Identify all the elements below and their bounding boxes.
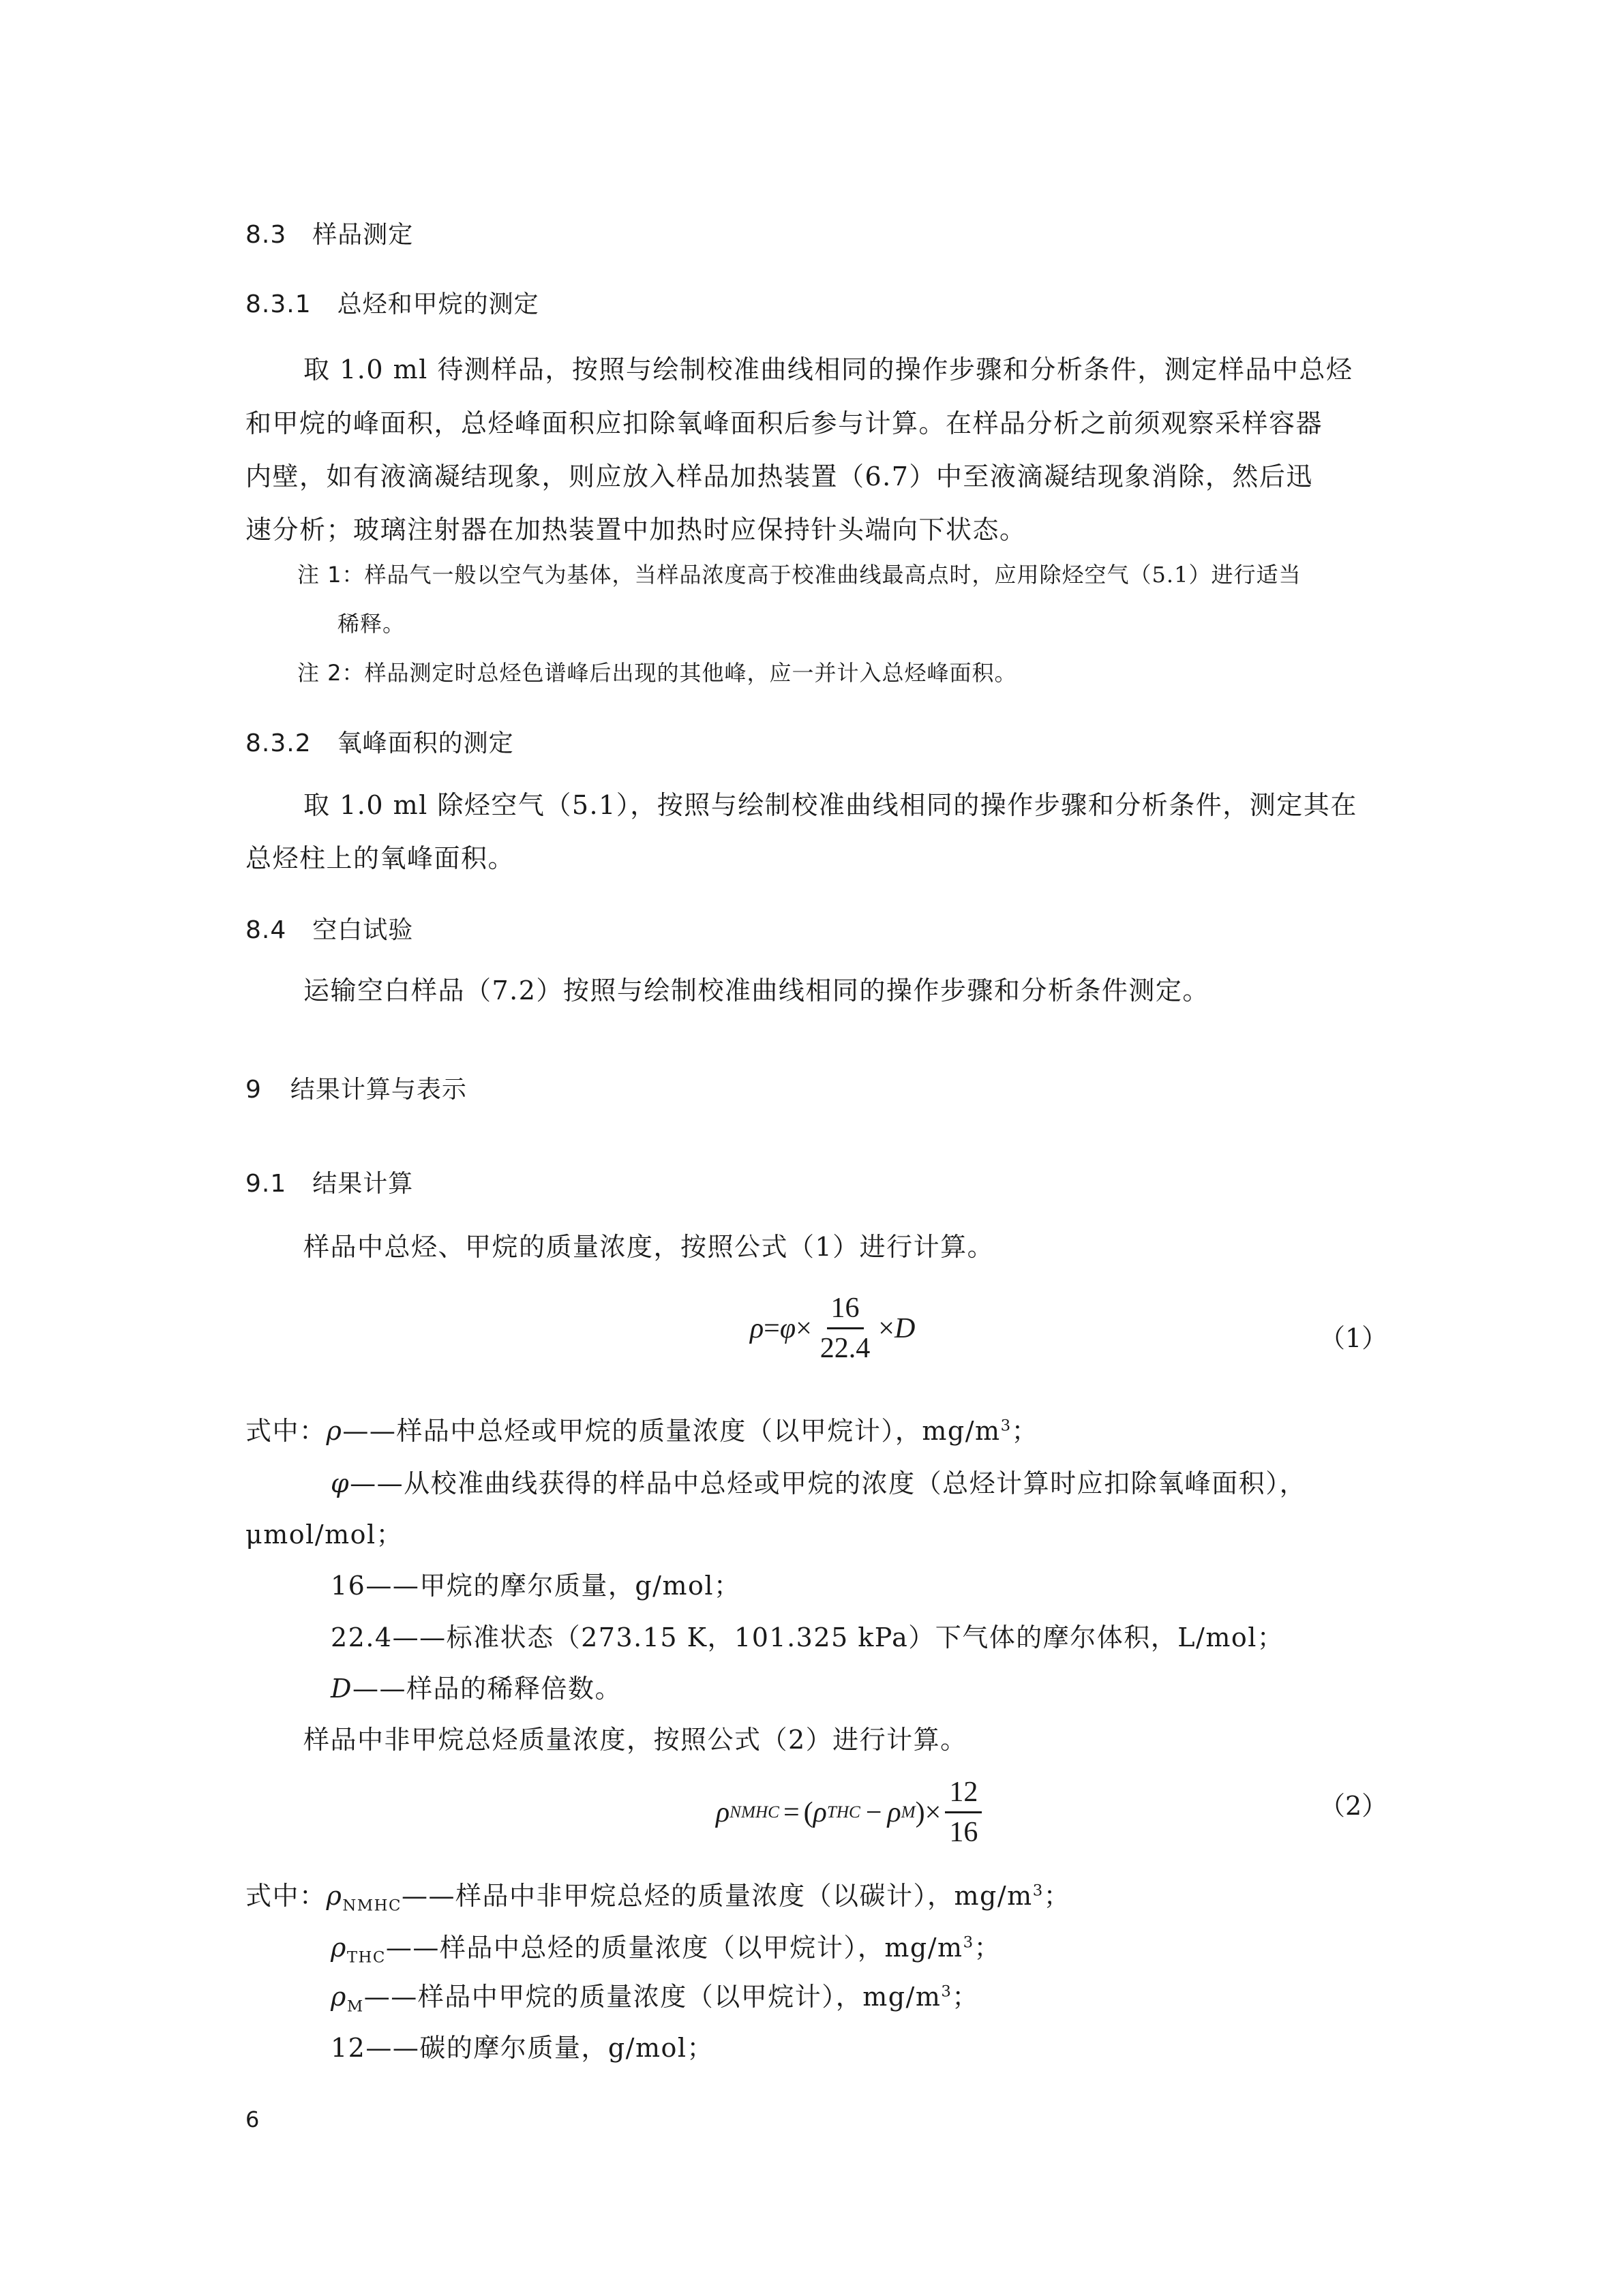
- rho-symbol: ρ: [331, 1982, 347, 2012]
- superscript: 3: [1001, 1417, 1012, 1434]
- rho-symbol: ρ: [716, 1796, 730, 1829]
- definition-text: ——从校准曲线获得的样品中总烃或甲烷的浓度（总烃计算时应扣除氧峰面积），: [350, 1468, 1306, 1498]
- paragraph-line: 样品中总烃、甲烷的质量浓度，按照公式（1）进行计算。: [303, 1234, 994, 1260]
- heading-title: 总烃和甲烷的测定: [337, 290, 539, 318]
- note-text: 样品测定时总烃色谱峰后出现的其他峰，应一并计入总烃峰面积。: [365, 660, 1017, 686]
- definition-rho-m: ρM——样品中甲烷的质量浓度（以甲烷计），mg/m3；: [331, 1984, 979, 2014]
- punct: ；: [1012, 1416, 1039, 1446]
- equation-number-2: （2）: [1319, 1785, 1387, 1822]
- equation-2: ρNMHC = (ρTHC − ρM) × 12 16: [716, 1776, 986, 1849]
- subscript: THC: [347, 1949, 386, 1967]
- subscript-m: M: [901, 1803, 916, 1822]
- denominator: 22.4: [816, 1329, 875, 1365]
- fraction: 12 16: [945, 1776, 982, 1849]
- heading-number: 8.4: [245, 916, 286, 944]
- rho-symbol: ρ: [750, 1312, 764, 1345]
- times: ×: [878, 1312, 894, 1345]
- heading-8-3-2: 8.3.2氧峰面积的测定: [245, 724, 514, 759]
- heading-title: 空白试验: [312, 916, 413, 944]
- numerator: 16: [827, 1292, 864, 1329]
- paragraph-line: 速分析；玻璃注射器在加热装置中加热时应保持针头端向下状态。: [245, 517, 1027, 543]
- paragraph-line: 和甲烷的峰面积，总烃峰面积应扣除氧峰面积后参与计算。在样品分析之前须观察采样容器: [245, 410, 1323, 436]
- times: ×: [925, 1796, 942, 1829]
- note-1-continuation: 稀释。: [337, 607, 405, 638]
- heading-8-4: 8.4空白试验: [245, 911, 413, 946]
- rho-symbol: ρ: [327, 1881, 343, 1911]
- heading-9: 9结果计算与表示: [245, 1070, 467, 1105]
- rho-symbol: ρ: [331, 1933, 347, 1963]
- definition-rho-thc: ρTHC——样品中总烃的质量浓度（以甲烷计），mg/m3；: [331, 1935, 1001, 1965]
- definition-rho-nmhc: 式中：ρNMHC——样品中非甲烷总烃的质量浓度（以碳计），mg/m3；: [245, 1883, 1070, 1914]
- definition-text: ——样品中总烃的质量浓度（以甲烷计），mg/m: [386, 1933, 963, 1963]
- definition-text: ——样品中甲烷的质量浓度（以甲烷计），mg/m: [364, 1982, 942, 2012]
- paragraph-line: 样品中非甲烷总烃质量浓度，按照公式（2）进行计算。: [303, 1727, 967, 1753]
- fraction: 16 22.4: [816, 1292, 875, 1365]
- heading-title: 结果计算与表示: [290, 1076, 467, 1104]
- paragraph-line: 总烃柱上的氧峰面积。: [245, 845, 515, 871]
- heading-number: 8.3.2: [245, 729, 312, 757]
- subscript: NMHC: [342, 1897, 402, 1915]
- note-1: 注 1：样品气一般以空气为基体，当样品浓度高于校准曲线最高点时，应用除烃空气（5…: [297, 558, 1301, 589]
- denominator: 16: [945, 1813, 982, 1849]
- heading-number: 8.3: [245, 221, 286, 249]
- heading-title: 氧峰面积的测定: [337, 729, 514, 757]
- definition-text: ——样品中非甲烷总烃的质量浓度（以碳计），mg/m: [402, 1881, 1033, 1911]
- definition-text: ——样品的稀释倍数。: [352, 1674, 622, 1704]
- heading-number: 9.1: [245, 1170, 286, 1198]
- note-text: 样品气一般以空气为基体，当样品浓度高于校准曲线最高点时，应用除烃空气（5.1）进…: [365, 562, 1302, 588]
- rho-symbol: ρ: [813, 1796, 827, 1829]
- note-2: 注 2：样品测定时总烃色谱峰后出现的其他峰，应一并计入总烃峰面积。: [297, 656, 1017, 687]
- definition-12: 12——碳的摩尔质量，g/mol；: [331, 2035, 714, 2061]
- punct: ；: [952, 1982, 979, 2012]
- numerator: 12: [945, 1776, 982, 1813]
- definition-22-4: 22.4——标准状态（273.15 K，101.325 kPa）下气体的摩尔体积…: [331, 1625, 1284, 1650]
- definition-16: 16——甲烷的摩尔质量，g/mol；: [331, 1573, 741, 1599]
- document-page: 8.3样品测定 8.3.1总烃和甲烷的测定 取 1.0 ml 待测样品，按照与绘…: [0, 0, 1624, 2296]
- d-symbol: D: [331, 1674, 352, 1704]
- definition-text: ——样品中总烃或甲烷的质量浓度（以甲烷计），mg/m: [342, 1416, 1000, 1446]
- note-label: 注 2：: [297, 660, 365, 686]
- superscript: 3: [941, 1982, 952, 2000]
- d-symbol: D: [894, 1312, 915, 1345]
- where-prefix: 式中：: [245, 1416, 327, 1446]
- paragraph-line: 取 1.0 ml 待测样品，按照与绘制校准曲线相同的操作步骤和分析条件，测定样品…: [303, 357, 1353, 382]
- equals: =: [764, 1312, 780, 1345]
- definition-d: D——样品的稀释倍数。: [331, 1676, 622, 1702]
- superscript: 3: [963, 1933, 974, 1951]
- rho-symbol: ρ: [327, 1416, 343, 1446]
- heading-number: 8.3.1: [245, 290, 312, 318]
- punct: ；: [974, 1933, 1002, 1963]
- where-prefix: 式中：: [245, 1881, 327, 1911]
- paragraph-line: 内壁，如有液滴凝结现象，则应放入样品加热装置（6.7）中至液滴凝结现象消除，然后…: [245, 464, 1313, 489]
- subscript: M: [347, 1998, 364, 2016]
- punct: ；: [1044, 1881, 1071, 1911]
- equals: =: [783, 1796, 800, 1829]
- minus: −: [866, 1796, 882, 1829]
- note-label: 注 1：: [297, 562, 365, 588]
- times: ×: [796, 1312, 812, 1345]
- equation-1: ρ = φ × 16 22.4 × D: [750, 1292, 915, 1365]
- definition-rho: 式中：ρ——样品中总烃或甲烷的质量浓度（以甲烷计），mg/m3；: [245, 1418, 1038, 1444]
- heading-8-3-1: 8.3.1总烃和甲烷的测定: [245, 285, 539, 320]
- subscript-thc: THC: [827, 1803, 860, 1822]
- right-paren: ): [916, 1796, 925, 1829]
- subscript-nmhc: NMHC: [730, 1803, 779, 1822]
- page-number: 6: [245, 2106, 259, 2132]
- left-paren: (: [804, 1796, 813, 1829]
- heading-9-1: 9.1结果计算: [245, 1164, 413, 1199]
- heading-8-3: 8.3样品测定: [245, 215, 413, 250]
- phi-symbol: φ: [331, 1468, 350, 1498]
- heading-title: 样品测定: [312, 221, 413, 249]
- superscript: 3: [1033, 1882, 1044, 1899]
- definition-phi-unit: μmol/mol；: [245, 1522, 403, 1547]
- heading-number: 9: [245, 1076, 262, 1104]
- paragraph-line: 取 1.0 ml 除烃空气（5.1），按照与绘制校准曲线相同的操作步骤和分析条件…: [303, 792, 1357, 818]
- rho-symbol: ρ: [888, 1796, 901, 1829]
- definition-phi: φ——从校准曲线获得的样品中总烃或甲烷的浓度（总烃计算时应扣除氧峰面积），: [331, 1470, 1306, 1496]
- heading-title: 结果计算: [312, 1170, 413, 1198]
- equation-number-1: （1）: [1319, 1317, 1387, 1355]
- phi-symbol: φ: [780, 1312, 796, 1345]
- paragraph-line: 运输空白样品（7.2）按照与绘制校准曲线相同的操作步骤和分析条件测定。: [303, 978, 1209, 1003]
